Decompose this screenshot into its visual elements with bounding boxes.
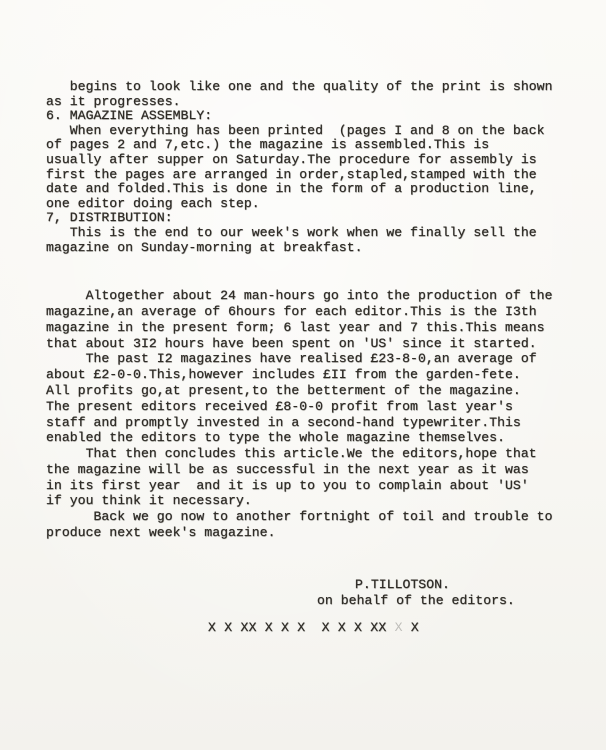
text-line: of pages 2 and 7,etc.) the magazine is a… [46, 138, 552, 153]
text-line: This is the end to our week's work when … [46, 226, 552, 241]
text-line: The present editors received £8-0-0 prof… [46, 399, 552, 415]
text-line: 6. MAGAZINE ASSEMBLY: [46, 109, 552, 124]
text-line: usually after supper on Saturday.The pro… [46, 153, 552, 168]
text-line: When everything has been printed (pages … [46, 124, 552, 139]
text-line: first the pages are arranged in order,st… [46, 168, 552, 183]
text-line: one editor doing each step. [46, 197, 552, 212]
text-line: as it progresses. [46, 95, 552, 110]
x-divider-row: X X XX X X X X X X XX X X [46, 620, 552, 636]
signature-name: P.TILLOTSON. [46, 577, 552, 593]
text-line: magazine in the present form; 6 last yea… [46, 320, 552, 336]
text-line: date and folded.This is done in the form… [46, 182, 552, 197]
text-line: That then concludes this article.We the … [46, 446, 552, 462]
text-line: begins to look like one and the quality … [46, 80, 552, 95]
text-line: if you think it necessary. [46, 493, 552, 509]
text-line: the magazine will be as successful in th… [46, 462, 552, 478]
text-line: Altogether about 24 man-hours go into th… [46, 288, 552, 304]
x-row-left: X X XX X X X X X X XX [208, 620, 395, 635]
paragraph-block-top: begins to look like one and the quality … [46, 80, 552, 255]
x-row-right: X [403, 620, 419, 635]
x-row-faint: X [395, 620, 403, 635]
paragraph-block-main: Altogether about 24 man-hours go into th… [46, 288, 552, 541]
text-line: The past I2 magazines have realised £23-… [46, 351, 552, 367]
text-line: in its first year and it is up to you to… [46, 478, 552, 494]
text-line: All profits go,at present,to the betterm… [46, 383, 552, 399]
text-line: staff and promptly invested in a second-… [46, 415, 552, 431]
signature-block: P.TILLOTSON. on behalf of the editors. X… [46, 577, 552, 636]
text-line: 7, DISTRIBUTION: [46, 211, 552, 226]
signature-role: on behalf of the editors. [46, 593, 552, 609]
text-line: produce next week's magazine. [46, 525, 552, 541]
typewritten-text: begins to look like one and the quality … [46, 80, 552, 636]
text-line: about £2-0-0.This,however includes £II f… [46, 367, 552, 383]
text-line: magazine,an average of 6hours for each e… [46, 304, 552, 320]
text-line: magazine on Sunday-morning at breakfast. [46, 241, 552, 256]
text-line: that about 3I2 hours have been spent on … [46, 336, 552, 352]
text-line: Back we go now to another fortnight of t… [46, 509, 552, 525]
text-line: enabled the editors to type the whole ma… [46, 430, 552, 446]
scanned-document-page: begins to look like one and the quality … [0, 0, 606, 750]
